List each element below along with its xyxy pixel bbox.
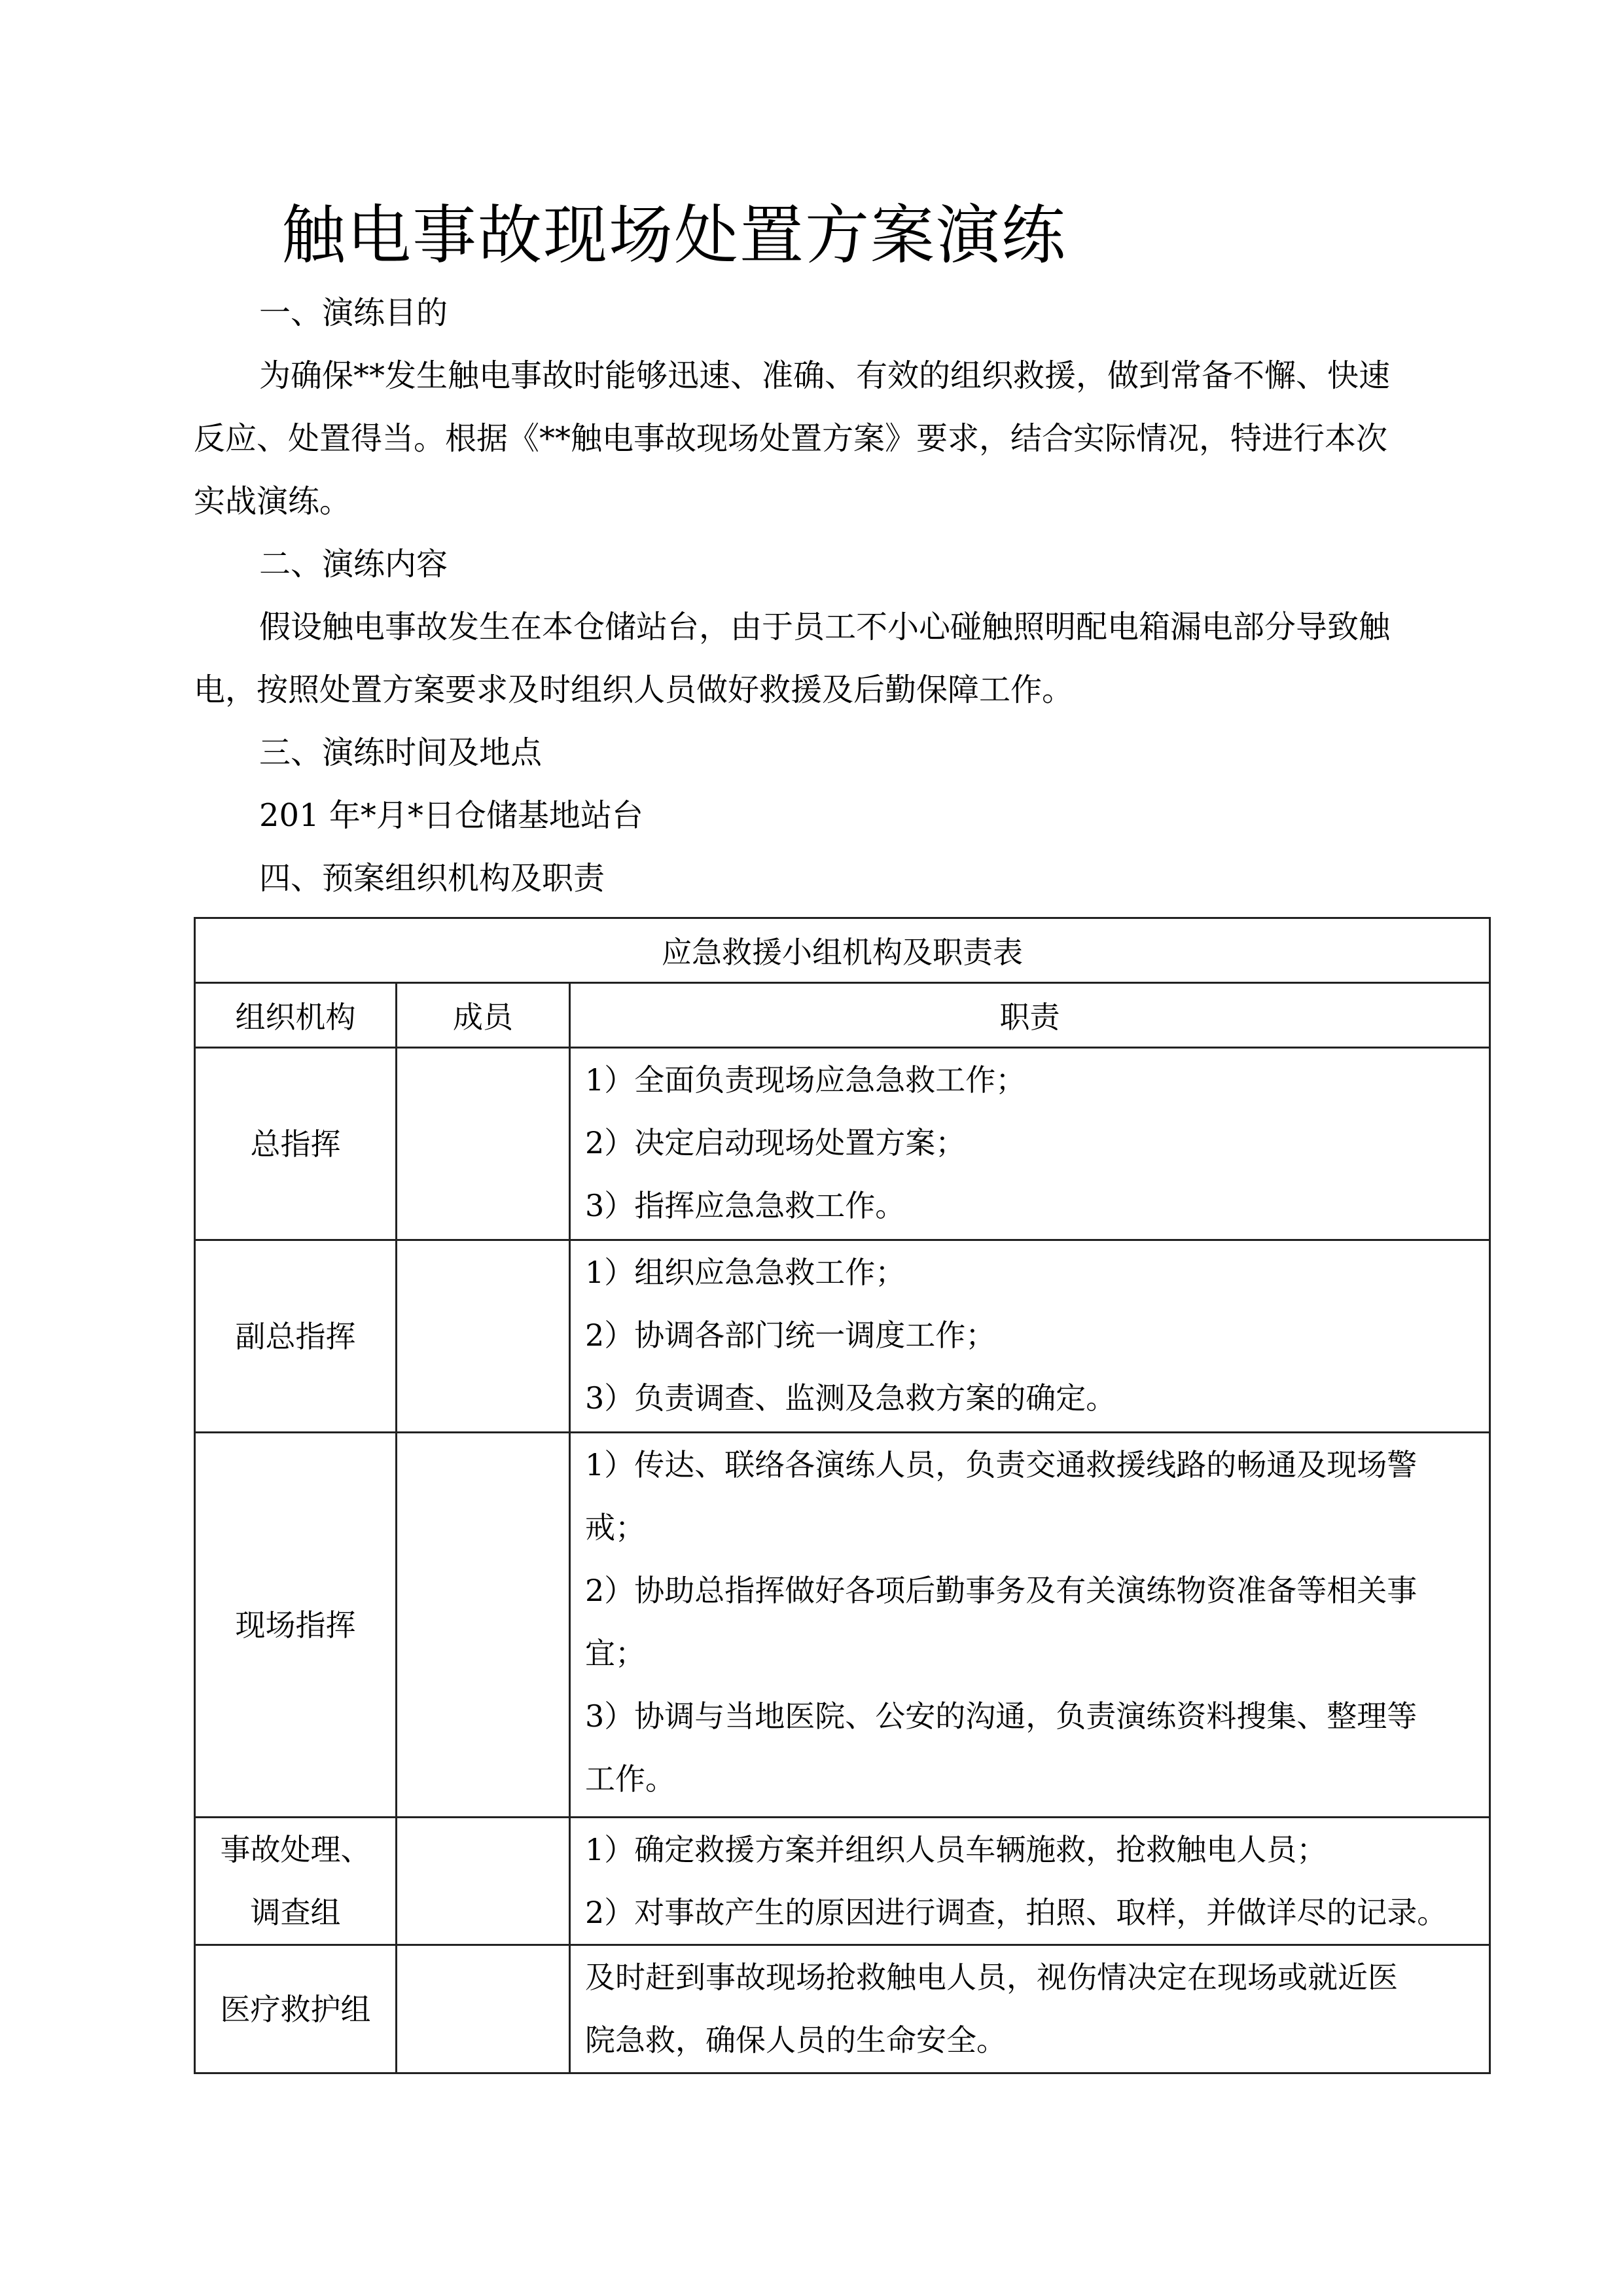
section-heading: 三、演练时间及地点	[194, 721, 1424, 784]
section-heading: 一、演练目的	[194, 281, 1424, 344]
members-cell[interactable]	[397, 1818, 570, 1945]
table-caption: 应急救援小组机构及职责表	[195, 918, 1490, 983]
duty-cell: 1）确定救援方案并组织人员车辆施救，抢救触电人员； 2）对事故产生的原因进行调查…	[570, 1818, 1490, 1945]
section-heading: 二、演练内容	[194, 533, 1424, 596]
table-row: 总指挥 1）全面负责现场应急急救工作； 2）决定启动现场处置方案； 3）指挥应急…	[195, 1048, 1490, 1240]
column-header-duties: 职责	[570, 983, 1490, 1048]
org-cell: 医疗救护组	[195, 1945, 397, 2073]
duty-line: 宜；	[585, 1622, 1485, 1685]
duty-line: 院急救，确保人员的生命安全。	[585, 2009, 1485, 2072]
table-caption-row: 应急救援小组机构及职责表	[195, 918, 1490, 983]
duty-line: 1）确定救援方案并组织人员车辆施救，抢救触电人员；	[585, 1818, 1485, 1881]
duty-line: 1）组织应急急救工作；	[585, 1241, 1485, 1304]
duty-line: 2）决定启动现场处置方案；	[585, 1111, 1485, 1174]
duty-line: 3）协调与当地医院、公安的沟通，负责演练资料搜集、整理等	[585, 1685, 1485, 1748]
paragraph-line: 为确保**发生触电事故时能够迅速、准确、有效的组织救援，做到常备不懈、快速	[194, 344, 1424, 407]
members-cell[interactable]	[397, 1945, 570, 2073]
duty-line: 1）传达、联络各演练人员，负责交通救援线路的畅通及现场警	[585, 1433, 1485, 1496]
column-header-members: 成员	[397, 983, 570, 1048]
org-cell: 总指挥	[195, 1048, 397, 1240]
paragraph-line: 实战演练。	[194, 470, 1424, 533]
table-row: 副总指挥 1）组织应急急救工作； 2）协调各部门统一调度工作； 3）负责调查、监…	[195, 1240, 1490, 1433]
duty-line: 2）协助总指挥做好各项后勤事务及有关演练物资准备等相关事	[585, 1559, 1485, 1622]
section-4: 四、预案组织机构及职责	[194, 847, 1424, 910]
duty-cell: 及时赶到事故现场抢救触电人员，视伤情决定在现场或就近医 院急救，确保人员的生命安…	[570, 1945, 1490, 2073]
section-3: 三、演练时间及地点 201 年*月*日仓储基地站台	[194, 721, 1424, 847]
duty-line: 2）对事故产生的原因进行调查，拍照、取样，并做详尽的记录。	[585, 1881, 1485, 1944]
duty-line: 工作。	[585, 1748, 1485, 1810]
table-row: 医疗救护组 及时赶到事故现场抢救触电人员，视伤情决定在现场或就近医 院急救，确保…	[195, 1945, 1490, 2073]
emergency-team-table: 应急救援小组机构及职责表 组织机构 成员 职责 总指挥 1）全面负责现场应急急救…	[194, 917, 1491, 2074]
paragraph-line: 电，按照处置方案要求及时组织人员做好救援及后勤保障工作。	[194, 658, 1424, 721]
members-cell[interactable]	[397, 1048, 570, 1240]
table-row: 事故处理、 调查组 1）确定救援方案并组织人员车辆施救，抢救触电人员； 2）对事…	[195, 1818, 1490, 1945]
duty-cell: 1）传达、联络各演练人员，负责交通救援线路的畅通及现场警 戒； 2）协助总指挥做…	[570, 1433, 1490, 1818]
duty-line: 戒；	[585, 1496, 1485, 1559]
org-cell: 副总指挥	[195, 1240, 397, 1433]
paragraph-line: 201 年*月*日仓储基地站台	[194, 784, 1424, 847]
table-row: 现场指挥 1）传达、联络各演练人员，负责交通救援线路的畅通及现场警 戒； 2）协…	[195, 1433, 1490, 1818]
duty-line: 3）指挥应急急救工作。	[585, 1174, 1485, 1237]
duty-line: 2）协调各部门统一调度工作；	[585, 1304, 1485, 1367]
column-header-org: 组织机构	[195, 983, 397, 1048]
table-header-row: 组织机构 成员 职责	[195, 983, 1490, 1048]
duty-line: 及时赶到事故现场抢救触电人员，视伤情决定在现场或就近医	[585, 1946, 1485, 2009]
org-cell: 现场指挥	[195, 1433, 397, 1818]
duty-cell: 1）全面负责现场应急急救工作； 2）决定启动现场处置方案； 3）指挥应急急救工作…	[570, 1048, 1490, 1240]
members-cell[interactable]	[397, 1433, 570, 1818]
page-title: 触电事故现场处置方案演练	[281, 196, 1067, 275]
section-1: 一、演练目的 为确保**发生触电事故时能够迅速、准确、有效的组织救援，做到常备不…	[194, 281, 1424, 533]
duty-line: 1）全面负责现场应急急救工作；	[585, 1049, 1485, 1111]
duty-cell: 1）组织应急急救工作； 2）协调各部门统一调度工作； 3）负责调查、监测及急救方…	[570, 1240, 1490, 1433]
section-heading: 四、预案组织机构及职责	[194, 847, 1424, 910]
duty-line: 3）负责调查、监测及急救方案的确定。	[585, 1367, 1485, 1429]
paragraph-line: 反应、处置得当。根据《**触电事故现场处置方案》要求，结合实际情况，特进行本次	[194, 407, 1424, 470]
members-cell[interactable]	[397, 1240, 570, 1433]
paragraph-line: 假设触电事故发生在本仓储站台，由于员工不小心碰触照明配电箱漏电部分导致触	[194, 596, 1424, 658]
section-2: 二、演练内容 假设触电事故发生在本仓储站台，由于员工不小心碰触照明配电箱漏电部分…	[194, 533, 1424, 721]
org-cell: 事故处理、 调查组	[195, 1818, 397, 1945]
